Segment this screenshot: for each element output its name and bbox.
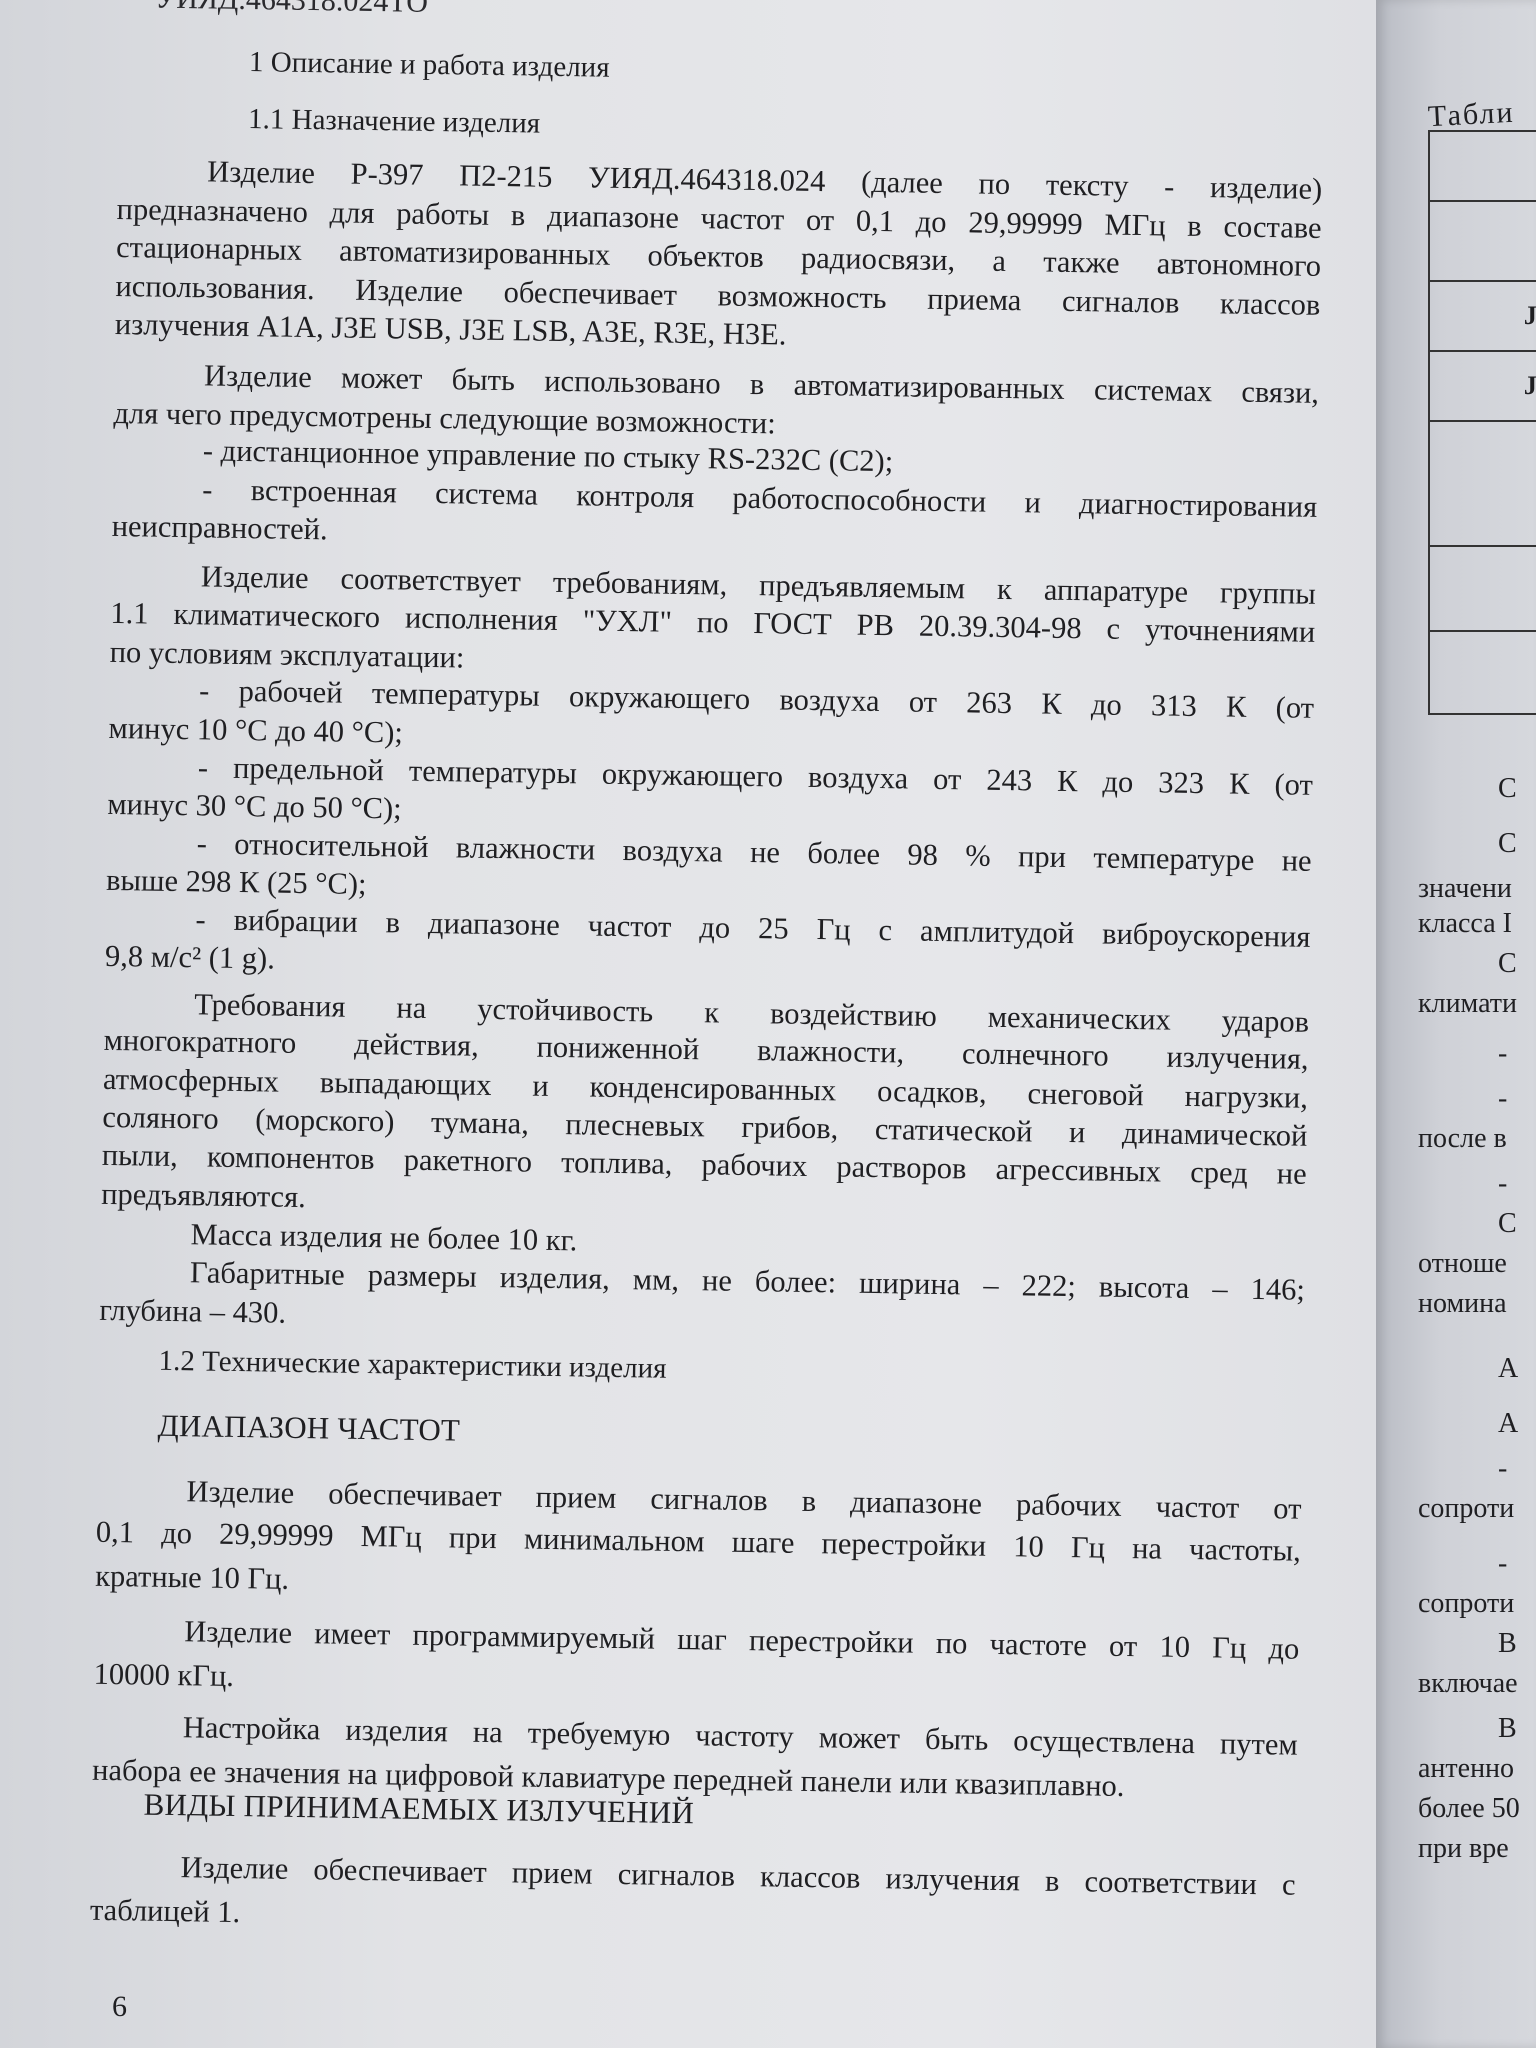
right-page: Табли АJ3IJ3IIIА ССзначеникласса IСклима… bbox=[1376, 0, 1536, 2048]
left-page: УИЯД.464318.024ТО 1 Описание и работа из… bbox=[0, 0, 1376, 2048]
text-fragment: сопроти bbox=[1418, 1585, 1514, 1623]
text-fragment: антенно bbox=[1418, 1750, 1514, 1788]
text-fragment: С bbox=[1498, 825, 1517, 863]
text-fragment: климати bbox=[1418, 985, 1517, 1023]
text-fragment: отноше bbox=[1418, 1245, 1507, 1283]
text-line: Габаритные размеры изделия, мм, не более… bbox=[190, 1253, 1305, 1311]
text-line: предъявляются. bbox=[101, 1173, 306, 1216]
text-fragment: - bbox=[1498, 1080, 1507, 1118]
document-body: УИЯД.464318.024ТО 1 Описание и работа из… bbox=[120, 0, 1350, 19]
text-line: минус 10 °С до 40 °С); bbox=[108, 708, 403, 753]
text-line: по условиям эксплуатации: bbox=[109, 632, 464, 678]
section-1-1-title: 1.1 Назначение изделия bbox=[248, 99, 541, 144]
text-line: кратные 10 Гц. bbox=[95, 1556, 289, 1599]
text-fragment: В bbox=[1498, 1710, 1517, 1748]
text-line: 10000 кГц. bbox=[93, 1654, 234, 1696]
table-row: J3I bbox=[1430, 280, 1536, 350]
table-cell: J3I bbox=[1524, 297, 1536, 335]
text-fragment: А bbox=[1498, 1405, 1518, 1443]
text-fragment: более 50 bbox=[1418, 1790, 1520, 1828]
text-line: выше 298 К (25 °С); bbox=[106, 860, 367, 904]
table-row bbox=[1430, 130, 1536, 200]
text-line: неисправностей. bbox=[111, 506, 328, 549]
document-code-header: УИЯД.464318.024ТО bbox=[155, 0, 429, 23]
text-line: минус 30 °С до 50 °С); bbox=[107, 784, 402, 829]
table-row: I bbox=[1430, 545, 1536, 630]
text-fragment: при вре bbox=[1418, 1830, 1509, 1868]
table-row: J3I bbox=[1430, 350, 1536, 420]
text-fragment: после в bbox=[1418, 1120, 1507, 1158]
text-line: таблицей 1. bbox=[90, 1890, 241, 1932]
emission-classes-table: АJ3IJ3IIIА bbox=[1428, 130, 1536, 715]
text-fragment: значени bbox=[1418, 870, 1512, 908]
table-row: I bbox=[1430, 420, 1536, 545]
page-number: 6 bbox=[112, 1990, 127, 2024]
text-line: - встроенная система контроля работоспос… bbox=[202, 469, 1317, 527]
text-fragment: С bbox=[1498, 1205, 1517, 1243]
text-fragment: класса I bbox=[1418, 905, 1512, 943]
text-fragment: - bbox=[1498, 1450, 1507, 1488]
text-line: глубина – 430. bbox=[99, 1290, 286, 1333]
text-fragment: С bbox=[1498, 945, 1517, 983]
table-cell: J3I bbox=[1524, 367, 1536, 405]
table-row: А bbox=[1430, 200, 1536, 280]
text-line: Изделие обеспечивает прием сигналов клас… bbox=[180, 1847, 1295, 1905]
text-line: - вибрации в диапазоне частот до 25 Гц с… bbox=[195, 899, 1310, 957]
text-line: 9,8 м/с² (1 g). bbox=[105, 936, 276, 979]
section-1-title: 1 Описание и работа изделия bbox=[249, 42, 610, 88]
text-fragment: С bbox=[1498, 770, 1517, 808]
text-fragment: В bbox=[1498, 1625, 1517, 1663]
freq-range-heading: ДИАПАЗОН ЧАСТОТ bbox=[157, 1406, 460, 1451]
text-fragment: сопроти bbox=[1418, 1490, 1514, 1528]
text-fragment: номина bbox=[1418, 1285, 1507, 1323]
text-fragment: А bbox=[1498, 1350, 1518, 1388]
text-fragment: включае bbox=[1418, 1665, 1518, 1703]
text-line: Изделие имеет программируемый шаг перест… bbox=[184, 1611, 1299, 1669]
table-row: А bbox=[1430, 630, 1536, 715]
text-fragment: - bbox=[1498, 1165, 1507, 1203]
text-fragment: - bbox=[1498, 1035, 1507, 1073]
text-fragment: - bbox=[1498, 1545, 1507, 1583]
section-1-2-title: 1.2 Технические характеристики изделия bbox=[158, 1341, 666, 1389]
emission-types-heading: ВИДЫ ПРИНИМАЕМЫХ ИЗЛУЧЕНИЙ bbox=[143, 1785, 694, 1834]
